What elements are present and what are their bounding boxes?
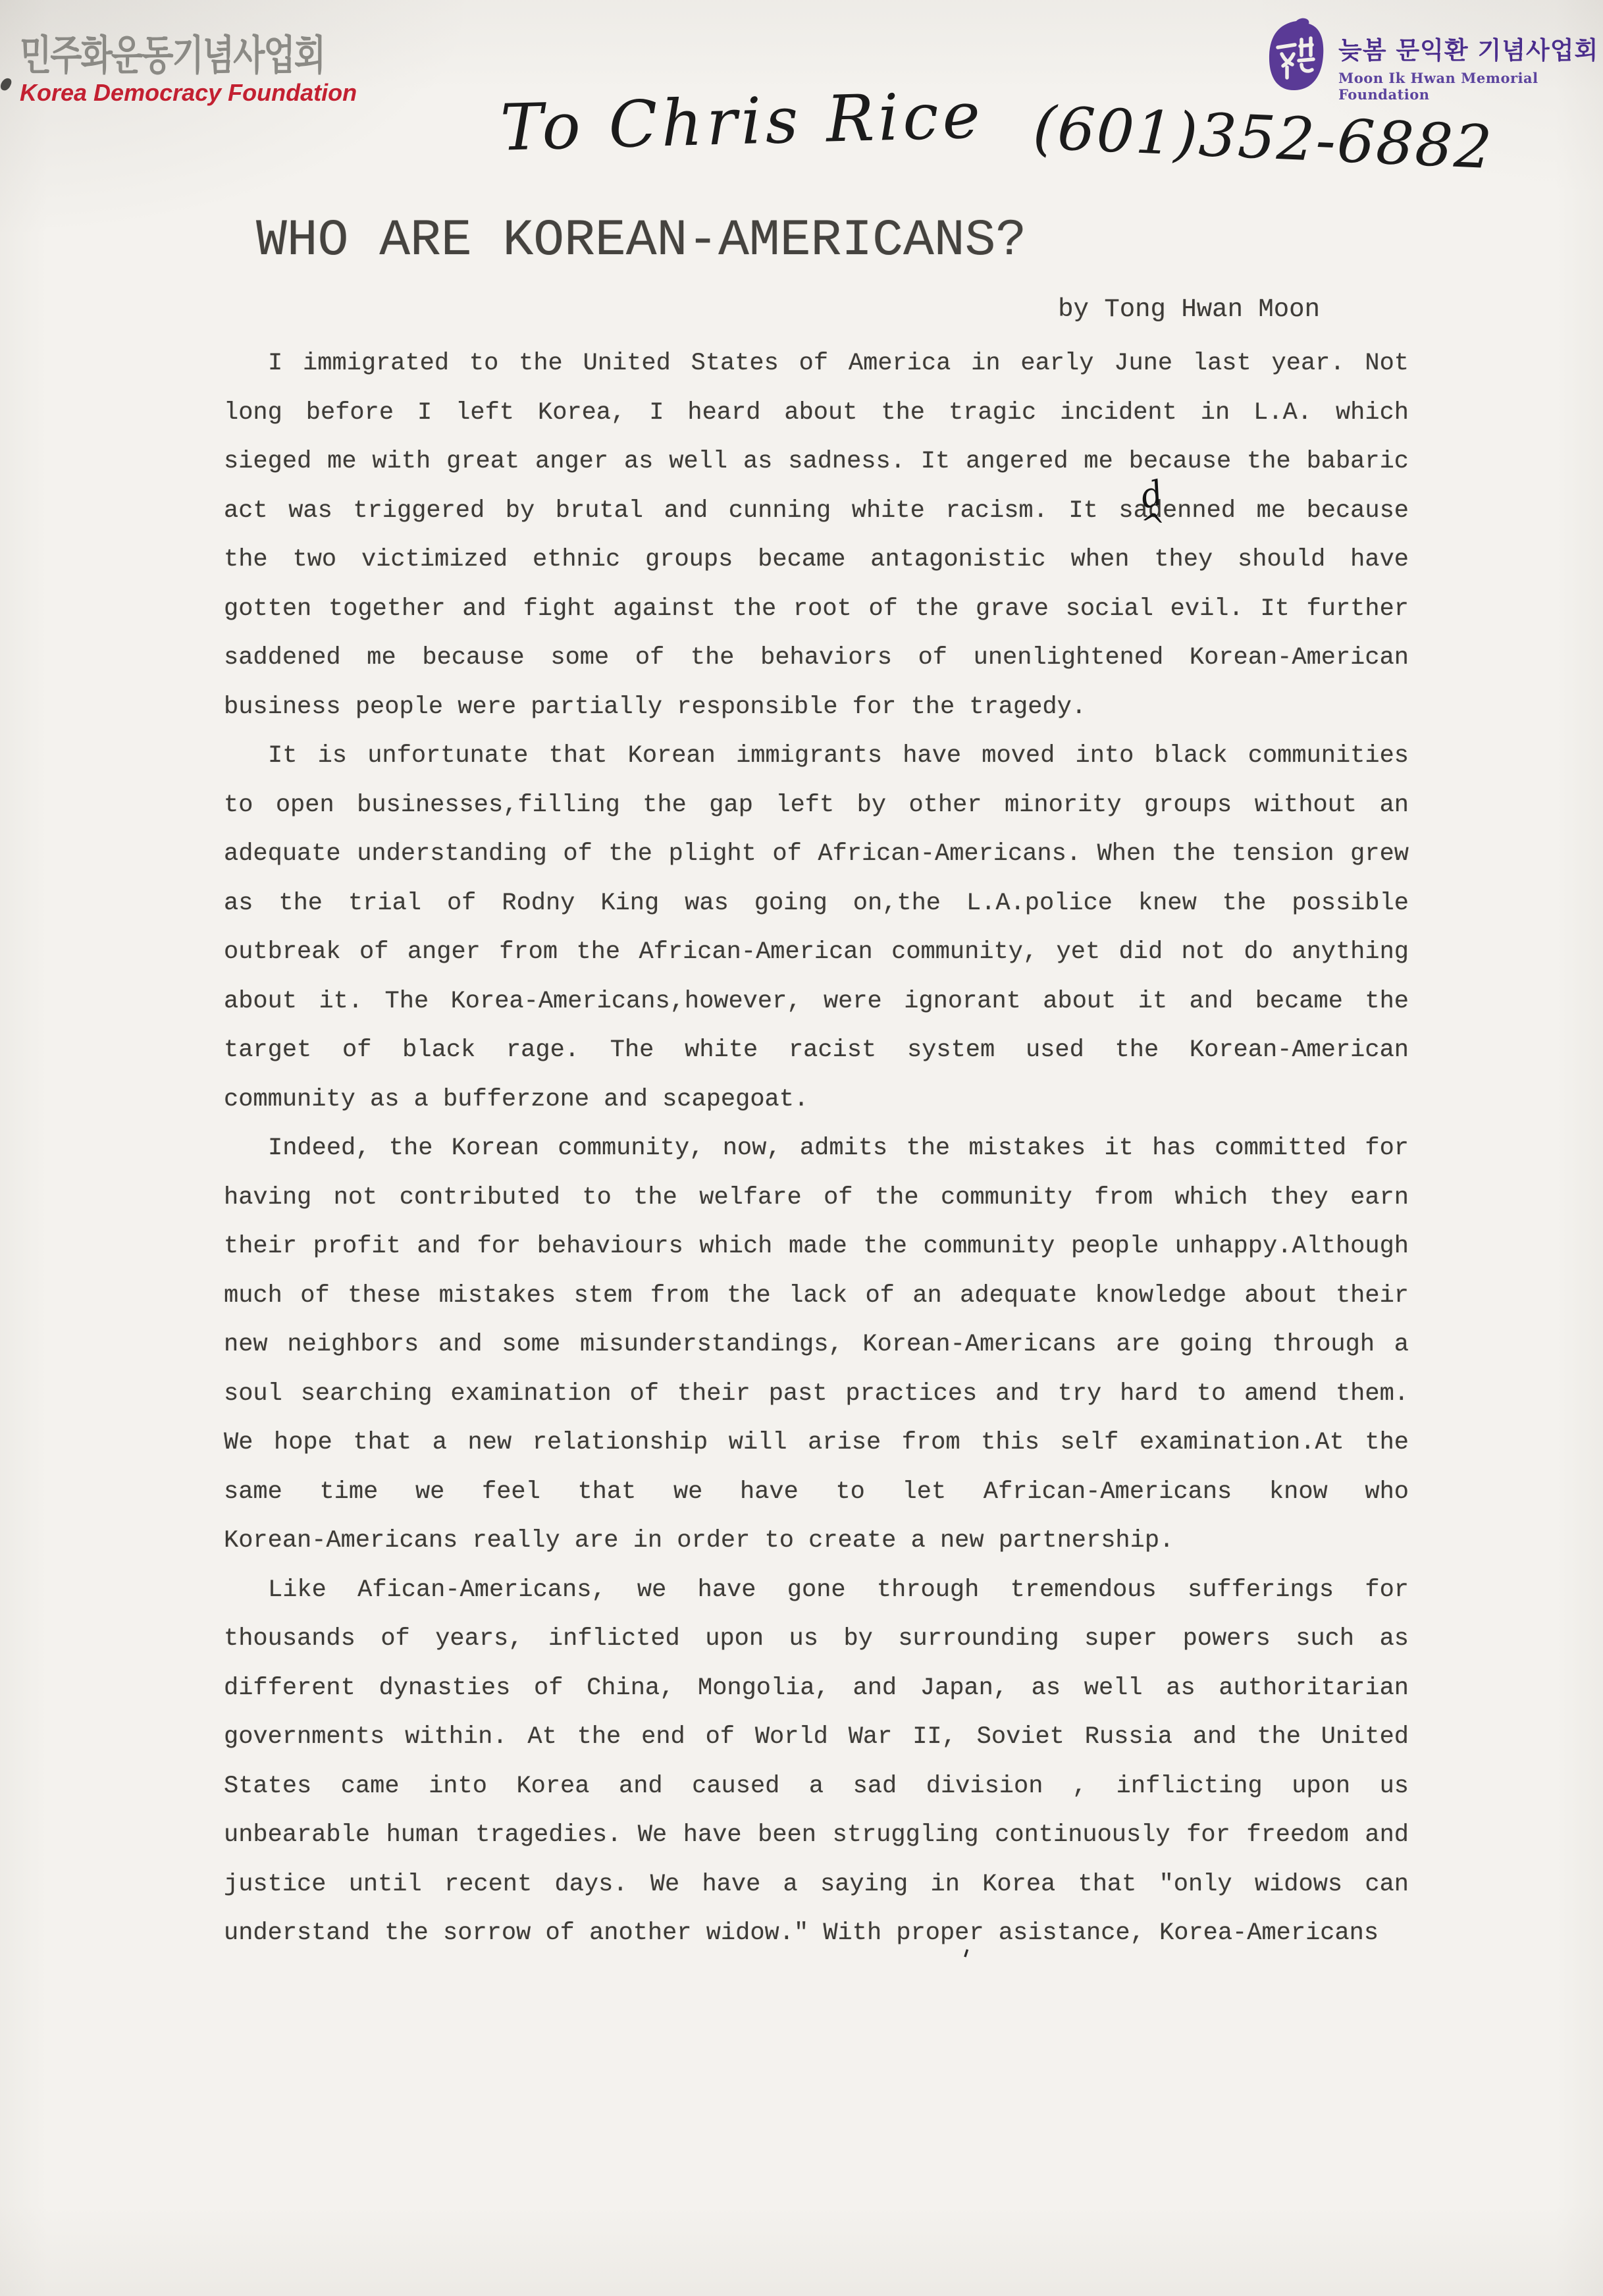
handwritten-note: To Chris Rice (601)352-6882: [500, 84, 1435, 159]
body-line: same time we feel that we have to let Af…: [224, 1468, 1409, 1517]
body-line: Indeed, the Korean community, now, admit…: [224, 1124, 1409, 1173]
body-line: act was triggered by brutal and cunning …: [224, 487, 1409, 536]
kdf-english-name: Korea Democracy Foundation: [20, 79, 357, 107]
handwritten-phone-number: (601)352-6882: [1032, 93, 1494, 182]
body-line: about it. The Korea-Americans,however, w…: [224, 977, 1409, 1027]
body-line: business people were partially responsib…: [224, 683, 1409, 732]
body-line: Like Afican-Americans, we have gone thro…: [224, 1566, 1409, 1615]
foundation-seal-icon: [1267, 17, 1325, 92]
body-line: gotten together and fight against the ro…: [224, 585, 1409, 634]
mihf-korean-name: 늦봄 문익환 기념사업회: [1338, 30, 1603, 66]
body-line: unbearable human tragedies. We have been…: [224, 1811, 1409, 1860]
body-line: different dynasties of China, Mongolia, …: [224, 1664, 1409, 1713]
korea-democracy-foundation-logo: 민주화운동기념사업회 Korea Democracy Foundation: [20, 22, 357, 107]
body-line: States came into Korea and caused a sad …: [224, 1762, 1409, 1811]
body-line: saddened me because some of the behavior…: [224, 633, 1409, 683]
body-line: much of these mistakes stem from the lac…: [224, 1271, 1409, 1321]
body-line: their profit and for behaviours which ma…: [224, 1222, 1409, 1271]
scan-artifact-speck: [0, 76, 13, 92]
scanned-document-page: 민주화운동기념사업회 Korea Democracy Foundation: [0, 0, 1603, 2296]
kdf-korean-calligraphy: 민주화운동기념사업회: [20, 22, 357, 82]
body-line: thousands of years, inflicted upon us by…: [224, 1615, 1409, 1664]
body-line: understand the sorrow of another widow."…: [224, 1909, 1409, 1958]
document-byline: by Tong Hwan Moon: [1058, 295, 1320, 324]
body-line: to open businesses,filling the gap left …: [224, 781, 1409, 830]
body-line: We hope that a new relationship will ari…: [224, 1418, 1409, 1468]
document-body: I immigrated to the United States of Ame…: [224, 339, 1409, 1958]
body-line: long before I left Korea, I heard about …: [224, 388, 1409, 438]
body-line: governments within. At the end of World …: [224, 1713, 1409, 1762]
body-line: adequate understanding of the plight of …: [224, 830, 1409, 879]
handwritten-recipient: To Chris Rice: [500, 78, 985, 165]
body-line: I immigrated to the United States of Ame…: [224, 339, 1409, 388]
body-line: having not contributed to the welfare of…: [224, 1173, 1409, 1223]
body-line: Korean-Americans really are in order to …: [224, 1516, 1409, 1566]
body-line: new neighbors and some misunderstandings…: [224, 1320, 1409, 1370]
body-line: justice until recent days. We have a say…: [224, 1860, 1409, 1909]
document-title: WHO ARE KOREAN-AMERICANS?: [256, 212, 1026, 270]
body-line: sieged me with great anger as well as sa…: [224, 437, 1409, 487]
body-line: as the trial of Rodny King was going on,…: [224, 879, 1409, 928]
body-line: It is unfortunate that Korean immigrants…: [224, 732, 1409, 781]
handwritten-caret-icon: ^: [1137, 506, 1167, 545]
body-line: soul searching examination of their past…: [224, 1370, 1409, 1419]
body-line: community as a bufferzone and scapegoat.: [224, 1075, 1409, 1125]
body-line: target of black rage. The white racist s…: [224, 1026, 1409, 1075]
body-line: outbreak of anger from the African-Ameri…: [224, 928, 1409, 977]
body-line: the two victimized ethnic groups became …: [224, 535, 1409, 585]
